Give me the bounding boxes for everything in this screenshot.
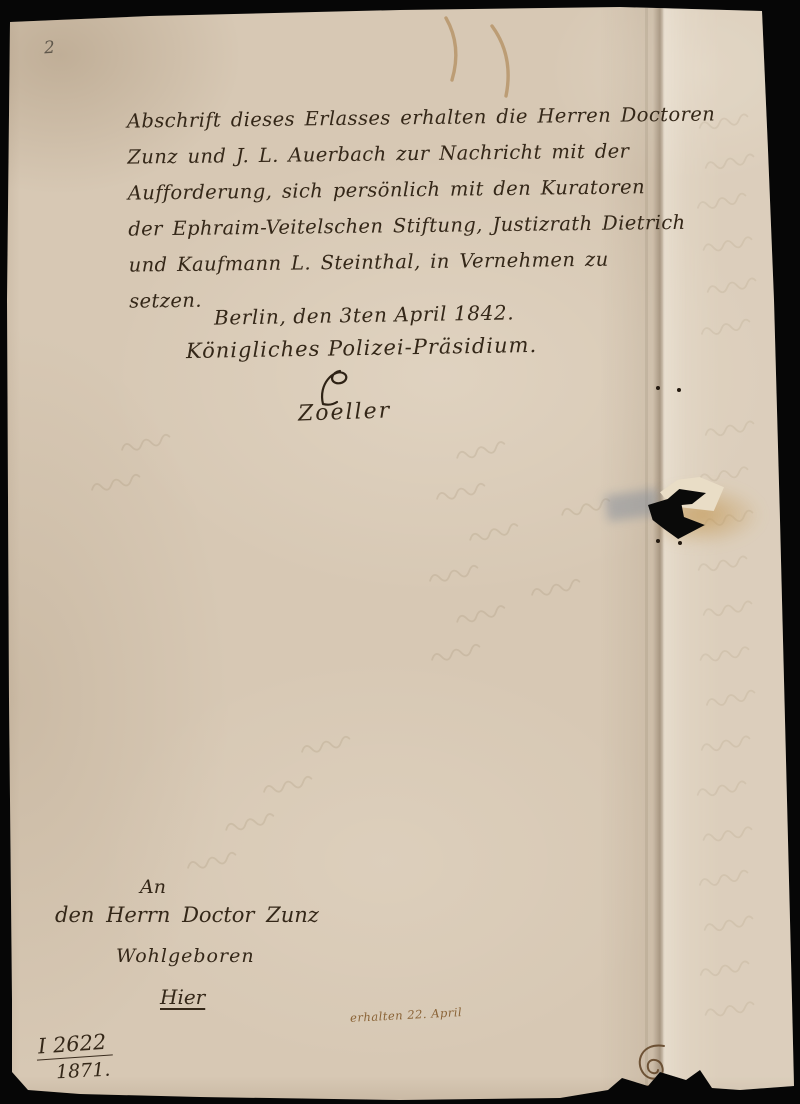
body-text-block: Abschrift dieses Erlasses erhalten die H… <box>127 96 718 319</box>
scan-background: 2 Abschrift dieses Erlasses erhalten die… <box>0 0 800 1104</box>
pinhole <box>678 541 682 545</box>
pinhole <box>656 539 660 543</box>
document-page: 2 Abschrift dieses Erlasses erhalten die… <box>0 0 800 1104</box>
ink-streaks <box>418 14 538 104</box>
address-line: den Herrn Doctor Zunz <box>55 903 319 927</box>
body-line: der Ephraim-Veitelschen Stiftung, Justiz… <box>128 204 717 247</box>
address-line: Hier <box>160 985 205 1009</box>
registry-year: 1871. <box>55 1059 110 1084</box>
ink-flourish <box>628 1040 674 1094</box>
pinhole <box>656 386 660 390</box>
address-line: An <box>140 876 166 898</box>
registry-number: I 2622 <box>35 1029 113 1060</box>
address-line: Wohlgeboren <box>116 945 255 967</box>
page-number: 2 <box>43 38 55 59</box>
signature-name: Zoeller <box>298 398 392 426</box>
pinhole <box>677 388 681 392</box>
